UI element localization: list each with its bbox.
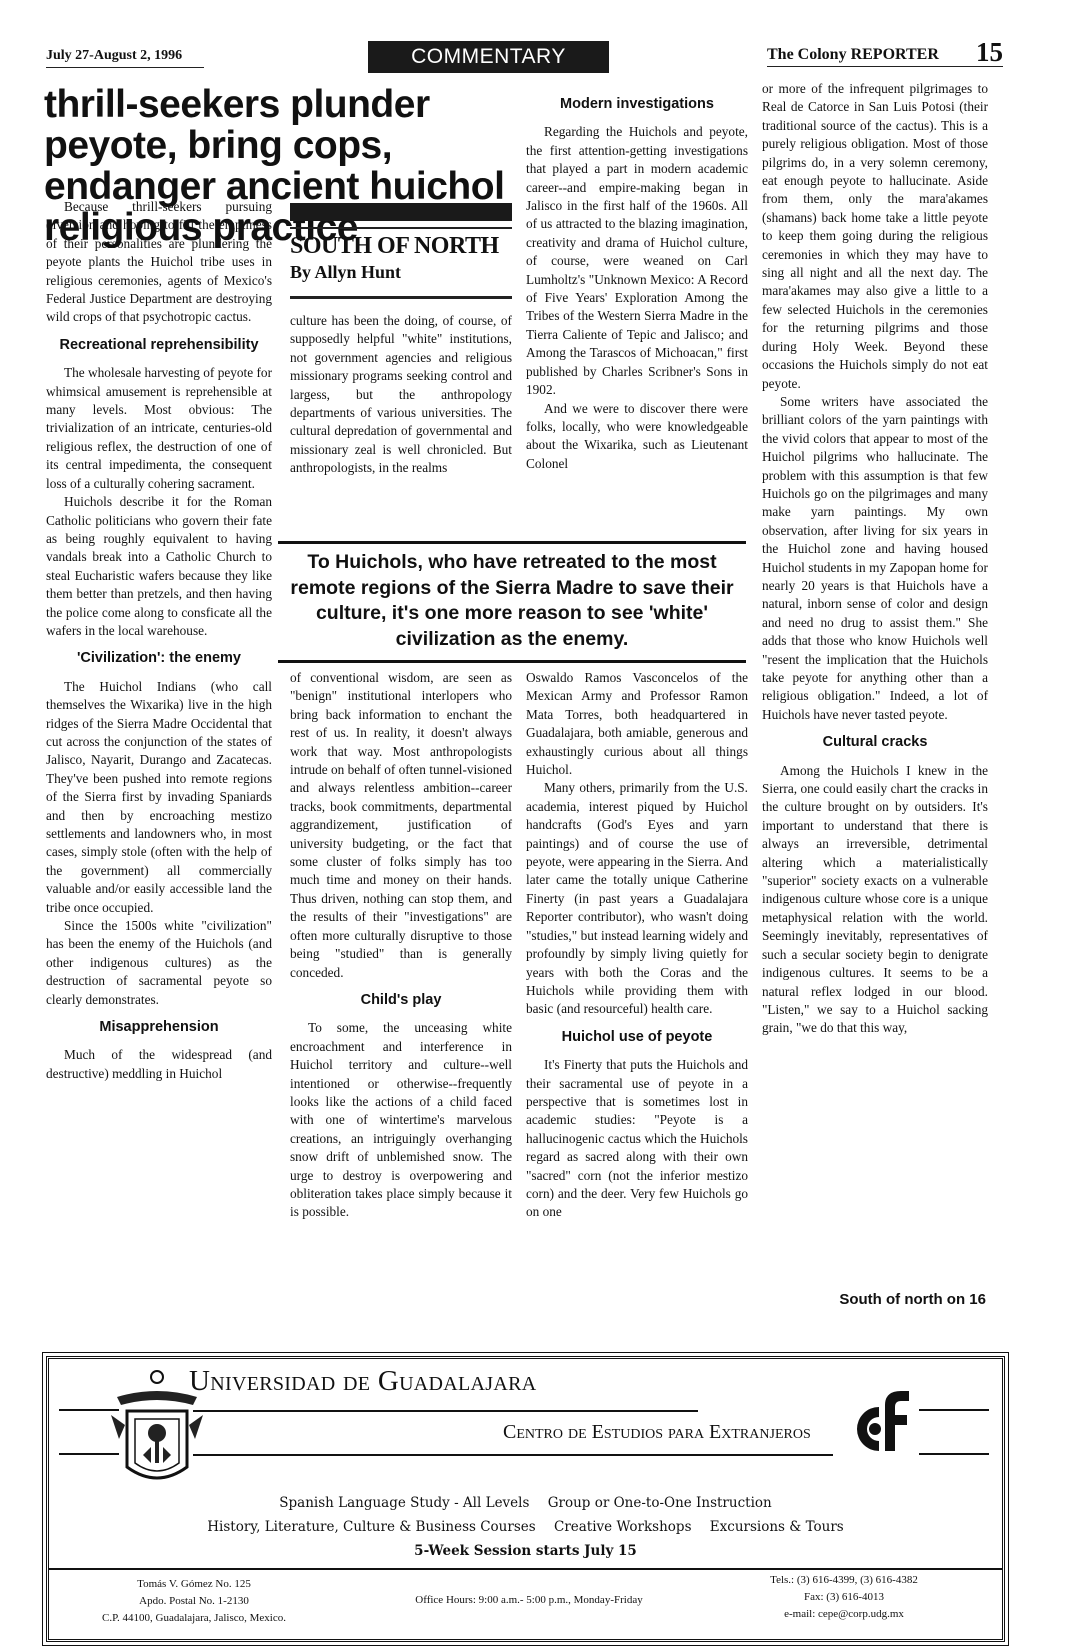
ad-contact-footer: Tomás V. Gómez No. 125 Apdo. Postal No. … (49, 1568, 1002, 1636)
paragraph: It's Finerty that puts the Huichols and … (526, 1056, 748, 1222)
paragraph: Because thrill-seekers pursuing diversio… (46, 198, 272, 327)
issue-date: July 27-August 2, 1996 (46, 48, 204, 68)
column-3-top: Modern investigationsRegarding the Huich… (526, 86, 748, 473)
address: Tomás V. Gómez No. 125 Apdo. Postal No. … (69, 1576, 319, 1627)
paragraph: Among the Huichols I knew in the Sierra,… (762, 762, 988, 1038)
address-line: C.P. 44100, Guadalajara, Jalisco, Mexico… (69, 1610, 319, 1627)
paragraph: Many others, primarily from the U.S. aca… (526, 779, 748, 1018)
paragraph: Since the 1500s white "civilization" has… (46, 917, 272, 1009)
column-2-bottom: of conventional wisdom, are seen as "ben… (290, 669, 512, 1222)
paragraph: Huichols describe it for the Roman Catho… (46, 493, 272, 640)
subheading: Recreational reprehensibility (46, 336, 272, 354)
column-label-bar (290, 203, 512, 221)
paragraph: or more of the infrequent pilgrimages to… (762, 80, 988, 393)
paragraph: Oswaldo Ramos Vasconcelos of the Mexican… (526, 669, 748, 779)
column-label-box: SOUTH OF NORTH By Allyn Hunt (290, 203, 512, 299)
offering: Spanish Language Study - All Levels (279, 1495, 529, 1511)
page-number: 15 (976, 40, 1003, 64)
paragraph: The Huichol Indians (who call themselves… (46, 678, 272, 917)
column-4: or more of the infrequent pilgrimages to… (762, 80, 988, 1038)
phone: Tels.: (3) 616-4399, (3) 616-4382 (709, 1572, 979, 1589)
divider (193, 1410, 698, 1412)
fax: Fax: (3) 616-4013 (709, 1589, 979, 1606)
paragraph: Regarding the Huichols and peyote, the f… (526, 123, 748, 399)
offering: Excursions & Tours (710, 1519, 844, 1535)
center-name: Centro de Estudios para Extranjeros (503, 1421, 811, 1444)
paragraph: of conventional wisdom, are seen as "ben… (290, 669, 512, 982)
pull-quote: To Huichols, who have retreated to the m… (278, 541, 746, 663)
divider (193, 1454, 833, 1456)
divider (290, 296, 512, 299)
subheading: Misapprehension (46, 1018, 272, 1036)
address-line: Tomás V. Gómez No. 125 (69, 1576, 319, 1593)
offering: Creative Workshops (554, 1519, 692, 1535)
paragraph: And we were to discover there were folks… (526, 400, 748, 474)
paragraph: The wholesale harvesting of peyote for w… (46, 364, 272, 493)
column-1: Because thrill-seekers pursuing diversio… (46, 198, 272, 1083)
subheading: Child's play (290, 991, 512, 1009)
offering: Group or One-to-One Instruction (548, 1495, 772, 1511)
cef-logo-icon (849, 1385, 914, 1465)
paper-name: The Colony REPORTER (767, 46, 939, 64)
column-title: SOUTH OF NORTH (290, 233, 512, 260)
continued-jump-line: South of north on 16 (786, 1291, 986, 1308)
subheading: 'Civilization': the enemy (46, 649, 272, 667)
paper-masthead: The Colony REPORTER 15 (767, 40, 1003, 67)
address-line: Apdo. Postal No. 1-2130 (69, 1593, 319, 1610)
paragraph: Some writers have associated the brillia… (762, 393, 988, 724)
university-name: Universidad de Guadalajara (189, 1365, 537, 1398)
contact-info: Tels.: (3) 616-4399, (3) 616-4382 Fax: (… (709, 1572, 979, 1623)
section-banner: COMMENTARY (368, 41, 609, 73)
paragraph: To some, the unceasing white encroachmen… (290, 1019, 512, 1221)
paragraph: culture has been the doing, of course, o… (290, 312, 512, 478)
column-3-bottom: Oswaldo Ramos Vasconcelos of the Mexican… (526, 669, 748, 1222)
byline: By Allyn Hunt (290, 262, 512, 283)
paragraph: Much of the widespread (and destructive)… (46, 1046, 272, 1083)
subheading: Huichol use of peyote (526, 1028, 748, 1046)
office-hours: Office Hours: 9:00 a.m.- 5:00 p.m., Mond… (349, 1592, 709, 1609)
offering: History, Literature, Culture & Business … (207, 1519, 535, 1535)
subheading: Modern investigations (526, 95, 748, 113)
column-2-top: culture has been the doing, of course, o… (290, 312, 512, 478)
ad-offerings: Spanish Language Study - All Levels Grou… (49, 1491, 1002, 1563)
email-link[interactable]: e-mail: cepe@corp.udg.mx (709, 1606, 979, 1623)
subheading: Cultural cracks (762, 733, 988, 751)
divider (290, 227, 512, 229)
session-date: 5-Week Session starts July 15 (49, 1539, 1002, 1563)
advertisement: Universidad de Guadalajara Centro de Est… (46, 1356, 1005, 1642)
